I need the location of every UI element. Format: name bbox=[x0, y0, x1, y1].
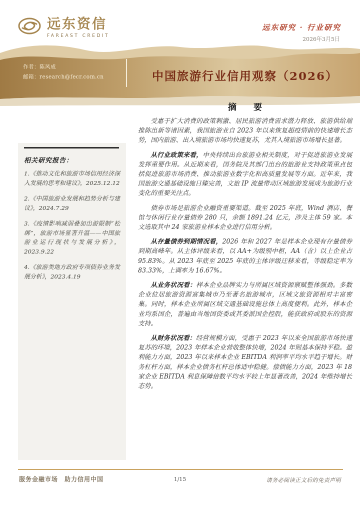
paragraph-text: 受惠于扩大消费的政策刺激、居民旅游消费需求潜力释放、旅游供给端推陈出新等诸因素，… bbox=[138, 117, 352, 144]
related-report-item: 3.《疫情影响减弱叠加出游限制“松绑”，旅游市场显著升温——中国旅游业运行现状与… bbox=[24, 219, 120, 256]
paragraph-lead: 从业务状况看： bbox=[151, 281, 197, 289]
related-research-panel: 相关研究报告： 1.《推动文化和旅游市场信用经济深入发展的思考和建议》，2025… bbox=[18, 143, 126, 460]
footer-disclaimer: 请务必阅读正文后的免责声明 bbox=[266, 476, 341, 484]
related-report-item: 1.《推动文化和旅游市场信用经济深入发展的思考和建议》，2025.12.12 bbox=[24, 169, 120, 188]
footer-divider bbox=[18, 469, 343, 470]
abstract-heading: 摘 要 bbox=[138, 100, 352, 113]
banner-divider bbox=[126, 59, 127, 87]
abstract-paragraph: 从财务状况看：经营规模方面，受惠于 2023 年以来全国旅游市场快速复苏的环境，… bbox=[138, 333, 352, 391]
abstract-paragraph: 从行业政策来看，中央持续出台旅游业相关制度，对于促进旅游业发展发挥重要作用。从近… bbox=[138, 150, 352, 198]
research-series-label: 远东研究 · 行业研究 bbox=[262, 22, 341, 33]
paragraph-text: 经营规模方面，受惠于 2023 年以来全国旅游市场快速复苏的环境，2023 年样… bbox=[138, 334, 352, 390]
abstract-paragraph: 受惠于扩大消费的政策刺激、居民旅游消费需求潜力释放、旅游供给端推陈出新等诸因素，… bbox=[138, 116, 352, 145]
paragraph-lead: 从行业政策来看， bbox=[151, 151, 203, 159]
abstract-paragraph: 从存量债券到期情况看，2026 年和 2027 年是样本企业现有存量债券到期高峰… bbox=[138, 237, 352, 275]
brand-text: 远东资信 FAREAST CREDIT bbox=[47, 13, 109, 39]
report-title: 中国旅游行业信用观察（2026） bbox=[135, 67, 355, 84]
report-page: 远东资信 FAREAST CREDIT 远东研究 · 行业研究 2026年3月5… bbox=[0, 0, 360, 509]
paragraph-text: 债券市场是旅游企业融资重要渠道。截至 2025 年底，Wind 酒店、餐馆与休闲… bbox=[138, 204, 352, 231]
sidebar-top-rule bbox=[24, 147, 119, 149]
email-line: 邮箱：research@fecr.com.cn bbox=[23, 72, 104, 82]
paragraph-lead: 从财务状况看： bbox=[151, 334, 196, 342]
related-research-list: 1.《推动文化和旅游市场信用经济深入发展的思考和建议》，2025.12.12 2… bbox=[24, 169, 120, 288]
abstract-body: 受惠于扩大消费的政策刺激、居民旅游消费需求潜力释放、旅游供给端推陈出新等诸因素，… bbox=[138, 116, 352, 396]
related-research-heading: 相关研究报告： bbox=[24, 155, 73, 165]
report-date: 2026年3月5日 bbox=[303, 35, 341, 43]
paragraph-lead: 从存量债券到期情况看， bbox=[151, 238, 223, 246]
author-line: 作者：陈风成 bbox=[23, 62, 104, 72]
brand-logo: 远东资信 FAREAST CREDIT bbox=[17, 13, 109, 39]
fareast-credit-logo-icon bbox=[17, 15, 42, 37]
brand-name-cn: 远东资信 bbox=[47, 13, 109, 33]
related-report-item: 2.《中国旅游业发展和趋势分析与建议》，2024.7.29 bbox=[24, 194, 120, 213]
brand-name-en: FAREAST CREDIT bbox=[47, 34, 109, 39]
abstract-paragraph: 从业务状况看：样本企业品牌实力与所属区域资源禀赋整体强劲。多数企业位居旅游资源富… bbox=[138, 280, 352, 328]
abstract-paragraph: 债券市场是旅游企业融资重要渠道。截至 2025 年底，Wind 酒店、餐馆与休闲… bbox=[138, 203, 352, 232]
author-block: 作者：陈风成 邮箱：research@fecr.com.cn bbox=[23, 62, 104, 82]
related-report-item: 4.《旅游类地方政府专项债券业务发展分析》，2023.4.19 bbox=[24, 263, 120, 282]
